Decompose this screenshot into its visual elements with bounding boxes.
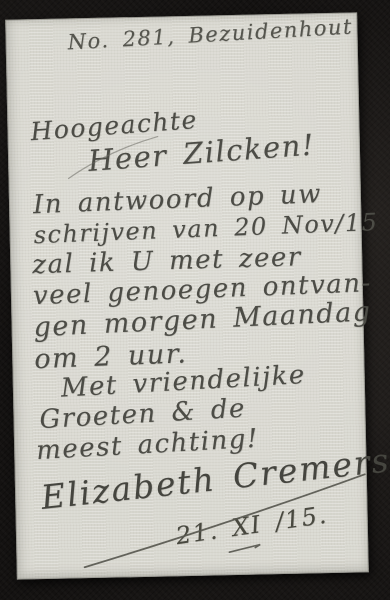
- date-line: 21. XI /15.: [174, 503, 329, 549]
- letter-card: No. 281, Bezuidenhout Hoogeachte Heer Zi…: [5, 12, 369, 579]
- letter-photo: No. 281, Bezuidenhout Hoogeachte Heer Zi…: [0, 0, 390, 600]
- address-line: No. 281, Bezuidenhout: [67, 17, 353, 54]
